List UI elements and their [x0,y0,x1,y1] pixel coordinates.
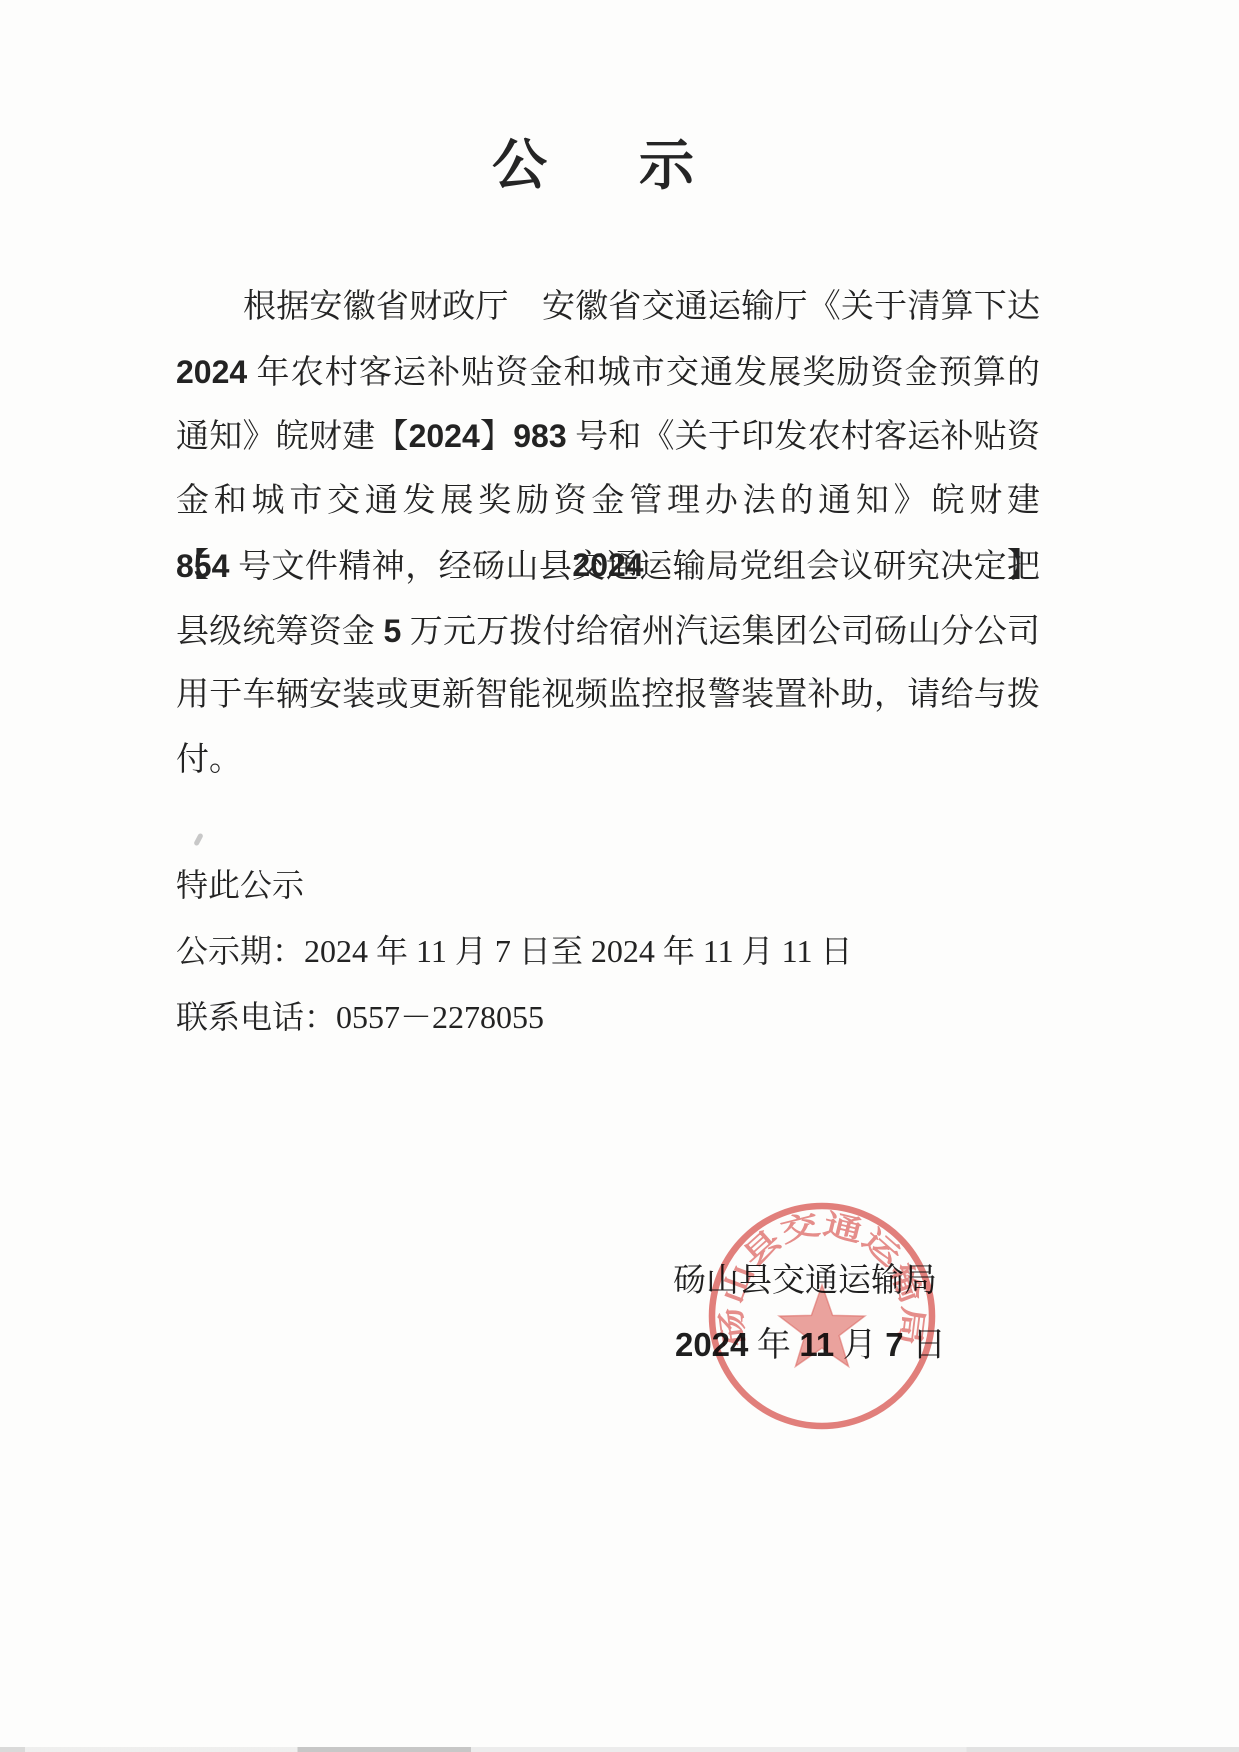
paragraph-line: 根据安徽省财政厅 安徽省交通运输厅《关于清算下达 [243,275,1040,339]
notice-period: 公示期：2024 年 11 月 7 日至 2024 年 11 月 11 日 [176,929,852,973]
paragraph-line: 付。 [176,728,1040,792]
title-char-2: 示 [639,138,694,193]
title-char-1: 公 [492,138,547,193]
scan-bottom-edge-artifact [0,1747,1239,1752]
official-seal-stamp: 砀山县交通运输局 [705,1197,939,1437]
scan-speck-artifact [193,833,204,847]
paragraph-line: 县级统筹资金 5 万元万拨付给宿州汽运集团公司砀山分公司 [176,599,1040,663]
paragraph-line: 2024 年农村客运补贴资金和城市交通发展奖励资金预算的 [176,340,1040,404]
closing-statement: 特此公示 [176,863,304,907]
paragraph-line: 用于车辆安装或更新智能视频监控报警装置补助，请给与拨 [176,663,1040,727]
document-page: 公 示 根据安徽省财政厅 安徽省交通运输厅《关于清算下达2024 年农村客运补贴… [0,0,1239,1752]
paragraph-line: 通知》皖财建【2024】983 号和《关于印发农村客运补贴资 [176,404,1040,468]
seal-star-icon [779,1285,865,1366]
contact-phone: 联系电话：0557－2278055 [176,995,544,1039]
paragraph-line: 金和城市交通发展奖励资金管理办法的通知》皖财建【2024】 [176,469,1040,533]
paragraph-line: 854 号文件精神，经砀山县交通运输局党组会议研究决定把 [176,534,1040,598]
page-title: 公 示 [492,138,694,193]
